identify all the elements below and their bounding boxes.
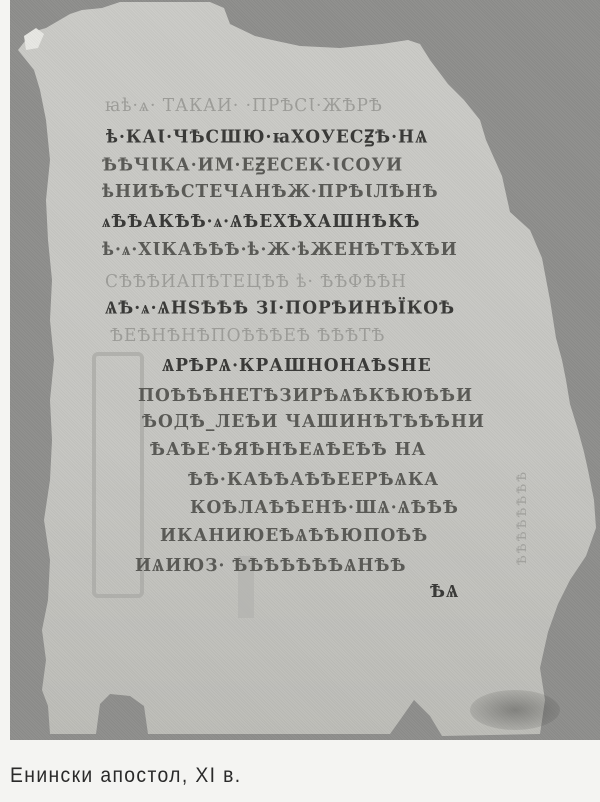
manuscript-line: ѣНИѢѢСТЕЧАНѢЖ·ПРѢꙆЛѢНѢ bbox=[102, 182, 439, 203]
manuscript-line: ИКАНИЮЕѢѦѢѢЮПОѢѢ bbox=[160, 526, 428, 547]
manuscript-line: ИѦИЮЗ· ѢѢѢѢѢѢѢѦНѢѢ bbox=[135, 556, 406, 577]
manuscript-line: ѢЕѢНѢНѢПОѢѢѢЕѢ ѢѢѢТѢ bbox=[110, 326, 385, 347]
manuscript-line: ѣ·ѧ·ХꙆКАѢѢѢ·ѣ·Ж·ѣЖЕНѢТѢХѢИ bbox=[102, 240, 458, 261]
manuscript-line: ѢѦ bbox=[430, 582, 459, 603]
manuscript-line: ꙗѣ·ѧ· ТАКАИ· ·ПРѢСꙆ·ЖѢРѢ bbox=[105, 96, 383, 117]
figure-caption: Енински апостол, XI в. bbox=[10, 764, 241, 788]
manuscript-line: СѢѢѢИАПѢТЕЦѢѢ ѣ· ѢѢФѢѢН bbox=[105, 272, 407, 293]
manuscript-line: ѢѢЧꙆКА·ИМ·ЕꙂЕСЕК·ꙆСОУИ bbox=[102, 151, 403, 175]
manuscript-photograph: ꙗѣ·ѧ· ТАКАИ· ·ПРѢСꙆ·ЖѢРѢ ѣ·КАꙆ·ЧѢСШЮ·ꙗХО… bbox=[10, 0, 600, 740]
stain bbox=[470, 690, 560, 730]
manuscript-line: ѧѢѢАКѢѢ·ѧ·ѦѢЕХѢХАШНѢКѢ bbox=[102, 212, 420, 233]
manuscript-line: ѣ·КАꙆ·ЧѢСШЮ·ꙗХОУЕСꙂѢ·НѦ bbox=[106, 123, 428, 147]
manuscript-line: ПОѢѢѢНЕТѢЗИРѢѦѢКѢЮѢѢИ bbox=[138, 386, 473, 407]
manuscript-line: ѦРѢРѦ·КРАШНОНАѢЅНЕ bbox=[162, 356, 432, 377]
manuscript-line: ѢАѢЕ·ѢЯѢНѢЕѦѢЕѢѢ НА bbox=[150, 440, 427, 461]
manuscript-line: ѦѢ·ѧ·ѦНЅѢѢѢ ЗІ·ПОРѢИНѢЇКОѢ bbox=[105, 298, 455, 319]
manuscript-line: ѢѢ·КАѢѢАѢѢЕЕРѢѦКА bbox=[188, 470, 439, 491]
manuscript-line: КОѢЛАѢѢЕНѢ·ШѦ·ѦѢѢѢ bbox=[190, 498, 459, 519]
manuscript-line: ѢОДѢ_ЛЕѢИ ЧАШИНѢТѢѢѢНИ bbox=[142, 412, 485, 433]
margin-note: ѢѢѢѢѢѢѢѢ bbox=[515, 470, 530, 565]
